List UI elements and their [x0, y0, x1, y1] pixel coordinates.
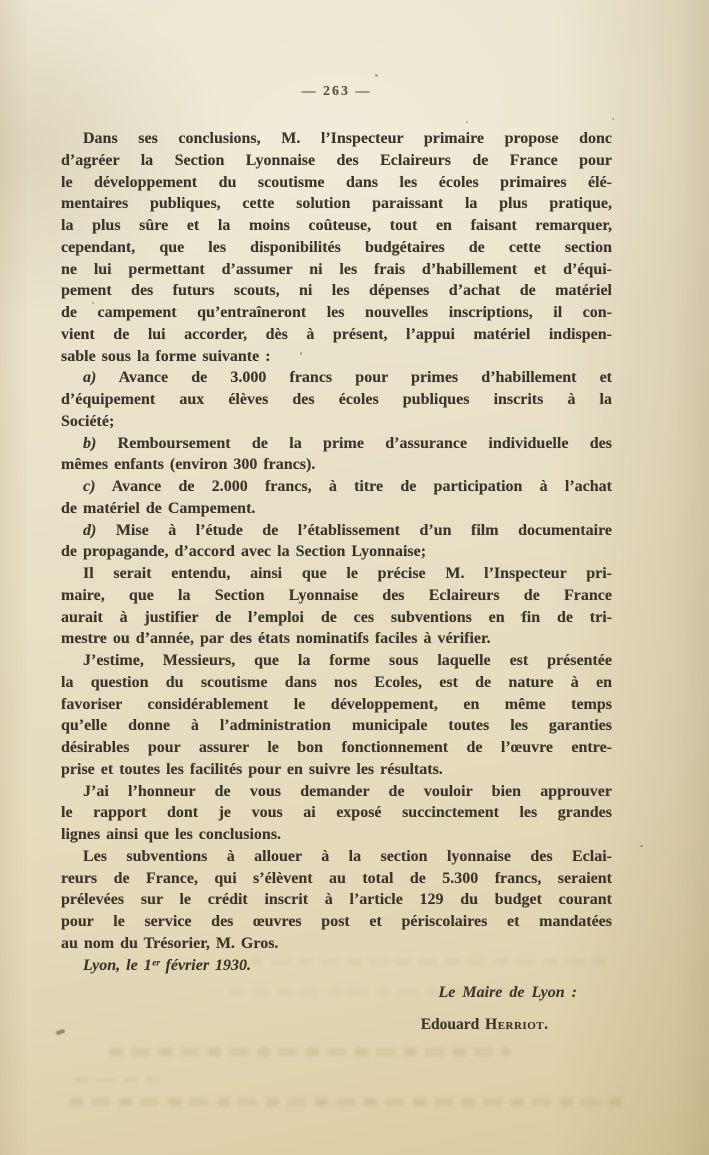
paper-speck — [92, 302, 94, 304]
text-line: Les subventions à allouer à la section l… — [61, 846, 612, 868]
paper-speck — [520, 614, 522, 616]
paper-speck — [612, 118, 614, 120]
text-line: désirables pour assurer le bon fonctionn… — [61, 737, 612, 759]
paper-speck — [375, 74, 378, 77]
text-line: mestre ou d’année, par des états nominat… — [61, 628, 612, 650]
text-line: Société; — [61, 411, 612, 433]
text-line: au nom du Trésorier, M. Gros. — [61, 933, 612, 955]
bleed-through-line — [230, 988, 530, 996]
text-line: de campement qu’entraîneront les nouvell… — [61, 302, 612, 324]
signature-name: Edouard Herriot. — [421, 1016, 548, 1034]
text-line: favoriser considérablement le développem… — [61, 694, 612, 716]
text-block: Dans ses conclusions, M. l’Inspecteur pr… — [61, 128, 612, 976]
text-line: mêmes enfants (environ 300 francs). — [61, 454, 612, 476]
text-line: Il serait entendu, ainsi que le précise … — [61, 563, 612, 585]
text-line: prise et toutes les facilités pour en su… — [61, 759, 612, 781]
text-line: la question du scoutisme dans nos Ecoles… — [61, 672, 612, 694]
text-line: a) Avance de 3.000 francs pour primes d’… — [61, 367, 612, 389]
text-line: b) Remboursement de la prime d’assurance… — [61, 433, 612, 455]
paper-speck — [300, 352, 302, 355]
bleed-through-line — [250, 958, 610, 966]
text-line: sable sous la forme suivante : — [61, 346, 612, 368]
signature-period: . — [544, 1016, 548, 1033]
text-line: d’agréer la Section Lyonnaise des Eclair… — [61, 150, 612, 172]
text-line: ne lui permettant d’assumer ni les frais… — [61, 259, 612, 281]
signature-last-name: Herriot — [485, 1016, 544, 1033]
text-line: de matériel de Campement. — [61, 498, 612, 520]
text-line: maire, que la Section Lyonnaise des Ecla… — [61, 585, 612, 607]
scanned-book-page: — 263 — Dans ses conclusions, M. l’Inspe… — [0, 0, 709, 1155]
text-line: mentaires publiques, cette solution para… — [61, 193, 612, 215]
bleed-through-line — [75, 1078, 160, 1082]
text-line: le rapport dont je vous ai exposé succin… — [61, 802, 612, 824]
text-line: la plus sûre et la moins coûteuse, tout … — [61, 215, 612, 237]
text-line: le développement du scoutisme dans les é… — [61, 172, 612, 194]
paper-speck — [466, 121, 468, 123]
text-line: prélevées sur le crédit inscrit à l’arti… — [61, 889, 612, 911]
text-line: pement des futurs scouts, ni les dépense… — [61, 280, 612, 302]
signature-first-name: Edouard — [421, 1016, 485, 1033]
text-line: J’ai l’honneur de vous demander de voulo… — [61, 781, 612, 803]
text-line: vient de lui accorder, dès à présent, l’… — [61, 324, 612, 346]
text-line: reurs de France, qui s’élèvent au total … — [61, 868, 612, 890]
text-line: c) Avance de 2.000 francs, à titre de pa… — [61, 476, 612, 498]
page-number: — 263 — — [61, 84, 612, 100]
text-line: lignes ainsi que les conclusions. — [61, 824, 612, 846]
text-line: cependant, que les disponibilités budgét… — [61, 237, 612, 259]
bleed-through-line — [70, 1098, 625, 1106]
margin-mark — [56, 1029, 66, 1036]
text-line: pour le service des œuvres post et péris… — [61, 911, 612, 933]
bleed-through-line — [110, 1048, 510, 1056]
text-line: d) Mise à l’étude de l’établissement d’u… — [61, 520, 612, 542]
text-line: de propagande, d’accord avec la Section … — [61, 541, 612, 563]
paper-speck — [640, 845, 643, 847]
text-line: J’estime, Messieurs, que la forme sous l… — [61, 650, 612, 672]
text-line: qu’elle donne à l’administration municip… — [61, 715, 612, 737]
text-line: Dans ses conclusions, M. l’Inspecteur pr… — [61, 128, 612, 150]
text-line: aurait à justifier de l’emploi de ces su… — [61, 607, 612, 629]
text-line: d’équipement aux élèves des écoles publi… — [61, 389, 612, 411]
